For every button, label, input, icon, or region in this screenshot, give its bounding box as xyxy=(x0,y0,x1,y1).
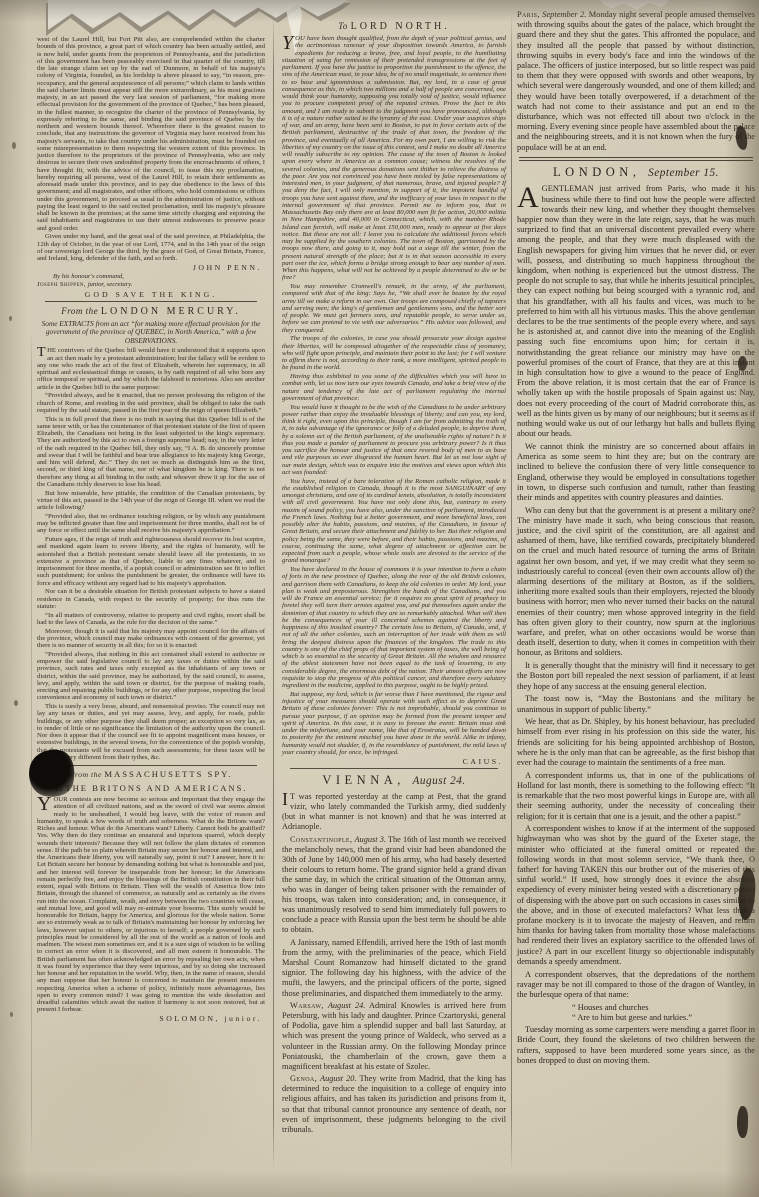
paragraph-text: The 16th of last month we received the m… xyxy=(282,835,506,935)
article-paragraph: “Provided always, that nothing in this a… xyxy=(37,651,265,702)
ink-blot xyxy=(738,356,747,371)
dateline-date: August 24. xyxy=(324,1001,365,1010)
motto-line: GOD SAVE THE KING. xyxy=(37,291,265,298)
heading-segment: From the xyxy=(61,306,101,316)
paragraph-text: A correspondent informs us, that in one … xyxy=(517,771,755,821)
paragraph-text: Some EXTRACTS from an act “for making mo… xyxy=(42,319,261,345)
article-paragraph: YOU have been thought qualified, from th… xyxy=(282,35,506,282)
article-paragraph: But how miserable, how pitiable, the con… xyxy=(37,490,265,512)
dateline: Genoa, xyxy=(290,1074,317,1083)
paragraph-text: We hear, that as Dr. Shipley, by his hon… xyxy=(517,717,755,767)
dateline: Constantinople, xyxy=(290,835,352,844)
paragraph-text: “Provided always, that nothing in this a… xyxy=(37,651,265,702)
column-middle: To LORD NORTH.YOU have been thought qual… xyxy=(282,20,506,1137)
paragraph-text: west of the Laurel Hill, but Fort Pitt a… xyxy=(37,36,265,232)
article-paragraph: AGENTLEMAN just arrived from Paris, who … xyxy=(517,184,755,439)
paragraph-text: GENTLEMAN just arrived from Paris, who m… xyxy=(517,184,755,438)
paragraph-text: HE contrivers of the Quebec bill would h… xyxy=(37,347,265,390)
article-paragraph: IT was reported yesterday at the camp at… xyxy=(282,792,506,832)
section-divider xyxy=(45,765,257,766)
paragraph-text: Moreover, though it is said that his maj… xyxy=(37,628,265,650)
article-paragraph: Future ages, if the reign of truth and r… xyxy=(37,536,265,587)
signature: JOHN PENN. xyxy=(37,264,262,271)
article-paragraph: Having thus exhibited to you some of the… xyxy=(282,373,506,402)
drop-cap: T xyxy=(37,347,47,359)
article-paragraph: Warsaw, August 24. Admiral Knowles is ar… xyxy=(282,1001,506,1072)
article-paragraph: By his honour's command, xyxy=(37,273,265,280)
article-paragraph: THE contrivers of the Quebec bill would … xyxy=(37,347,265,391)
paragraph-text: “In all matters of controversy, relative… xyxy=(37,612,265,626)
column-right: Paris, September 2. Monday night several… xyxy=(517,10,755,1068)
article-paragraph: This is surely a very loose, absurd, and… xyxy=(37,703,265,761)
paragraph-text: Given under my hand, and the great seal … xyxy=(37,233,265,262)
section-divider-double xyxy=(519,157,753,162)
paragraph-text: Admiral Knowles is arrived here from Pet… xyxy=(282,1001,506,1071)
paragraph-text: You have, instead of a bare toleration o… xyxy=(282,478,506,565)
left-margin-rule xyxy=(31,330,32,1157)
article-paragraph: “Provided always, and be it enacted, tha… xyxy=(37,392,265,414)
paragraph-text: The toast now is, “May the Bostonians an… xyxy=(517,694,755,713)
article-paragraph: You may remember Cromwell's remark, in t… xyxy=(282,283,506,334)
article-paragraph: Given under my hand, and the great seal … xyxy=(37,233,265,262)
drop-cap: Y xyxy=(37,796,53,812)
article-paragraph: Who can deny but that the government is … xyxy=(517,506,755,659)
section-heading: From the LONDON MERCURY. xyxy=(37,306,265,318)
heading-segment: LONDON, xyxy=(553,165,648,179)
article-paragraph: Joseph Shippen, junior, secretary. xyxy=(37,281,265,288)
article-paragraph: We cannot think the ministry are so conc… xyxy=(517,442,755,503)
paragraph-text: T was reported yesterday at the camp at … xyxy=(282,792,506,831)
dateline-date: August 3. xyxy=(352,835,385,844)
newspaper-page: west of the Laurel Hill, but Fort Pitt a… xyxy=(0,0,759,1197)
ink-speck xyxy=(14,700,18,706)
section-heading: To LORD NORTH. xyxy=(282,21,506,33)
article-paragraph: YOUR contests are now become so serious … xyxy=(37,796,265,1014)
paragraph-text: By his honour's command, xyxy=(53,273,124,280)
ink-speck xyxy=(9,316,12,321)
ink-blot xyxy=(737,1106,748,1138)
paragraph-text: Monday night several people amused thems… xyxy=(517,10,755,152)
paragraph-text: Having thus exhibited to you some of the… xyxy=(282,373,506,402)
section-heading: LONDON, September 15. xyxy=(517,165,755,181)
paragraph-text: OUR contests are now become so serious a… xyxy=(37,796,265,1013)
paragraph-text: You may remember Cromwell's remark, in t… xyxy=(282,283,506,334)
paragraph-text: We cannot think the ministry are so conc… xyxy=(517,442,755,502)
paragraph-text: OU have been thought qualified, from the… xyxy=(282,35,506,281)
article-paragraph: “Provided also, that no ordinance touchi… xyxy=(37,513,265,535)
heading-segment: LONDON MERCURY. xyxy=(101,306,241,317)
paragraph-text: Future ages, if the reign of truth and r… xyxy=(37,536,265,587)
article-paragraph: Genoa, August 20. They write from Madrid… xyxy=(282,1074,506,1135)
verse-line: “ Houses and churches xyxy=(572,1003,755,1013)
heading-segment: VIENNA, xyxy=(322,773,412,787)
article-paragraph: Moreover, though it is said that his maj… xyxy=(37,628,265,650)
drop-cap: A xyxy=(517,184,542,210)
verse-line: “ Are to him but geese and turkies.” xyxy=(572,1013,755,1023)
article-paragraph: The toast now is, “May the Bostonians an… xyxy=(517,694,755,714)
heading-segment: To xyxy=(338,21,350,31)
article-paragraph: A correspondent observes, that the depre… xyxy=(517,970,755,1001)
paragraph-text: “Provided also, that no ordinance touchi… xyxy=(37,513,265,535)
article-paragraph: A correspondent informs us, that in one … xyxy=(517,771,755,822)
paragraph-text: A Janissary, named Effendili, arrived he… xyxy=(282,938,506,997)
article-paragraph: Tuesday morning as some carpenters were … xyxy=(517,1025,755,1066)
dateline-date: August 20. xyxy=(317,1074,356,1083)
article-paragraph: “In all matters of controversy, relative… xyxy=(37,612,265,627)
article-paragraph: The troops of the colonies, in case you … xyxy=(282,335,506,371)
article-paragraph: Paris, September 2. Monday night several… xyxy=(517,10,755,153)
column-left: west of the Laurel Hill, but Fort Pitt a… xyxy=(37,36,265,1024)
paragraph-text: Nor can it be a desirable situation for … xyxy=(37,588,265,610)
paragraph-text: A correspondent observes, that the depre… xyxy=(517,970,755,999)
heading-segment: September 15. xyxy=(648,167,719,179)
paragraph-text: You have declared in the house of common… xyxy=(282,566,506,689)
article-paragraph: You have, instead of a bare toleration o… xyxy=(282,478,506,565)
paragraph-text: Who can deny but that the government is … xyxy=(517,506,755,658)
dateline: Paris, xyxy=(517,10,540,19)
article-paragraph: Some EXTRACTS from an act “for making mo… xyxy=(39,320,263,346)
ink-speck xyxy=(10,1012,13,1017)
signature: SOLOMON, junior. xyxy=(37,1015,262,1022)
article-paragraph: Nor can it be a desirable situation for … xyxy=(37,588,265,610)
verse-quote: “ Houses and churches“ Are to him but ge… xyxy=(517,1003,755,1023)
article-paragraph: It is generally thought that the ministr… xyxy=(517,661,755,692)
paragraph-text: A correspondent wishes to know if at the… xyxy=(517,824,755,966)
article-paragraph: A Janissary, named Effendili, arrived he… xyxy=(282,938,506,999)
article-paragraph: You would have it thought to be the wish… xyxy=(282,404,506,477)
dateline: Warsaw, xyxy=(290,1001,324,1010)
ink-speck xyxy=(12,142,16,149)
article-paragraph: We hear, that as Dr. Shipley, by his hon… xyxy=(517,717,755,768)
article-paragraph: west of the Laurel Hill, but Fort Pitt a… xyxy=(37,36,265,232)
heading-segment: LORD NORTH. xyxy=(351,21,450,32)
heading-segment: MASSACHUSETTS SPY. xyxy=(104,769,232,779)
article-paragraph: You have declared in the house of common… xyxy=(282,566,506,689)
paragraph-text: It is generally thought that the ministr… xyxy=(517,661,755,690)
drop-cap: I xyxy=(282,792,290,807)
article-paragraph: Constantinople, August 3. The 16th of la… xyxy=(282,835,506,936)
dateline-date: junior, secretary. xyxy=(86,281,133,288)
heading-segment: From the xyxy=(70,770,105,779)
paragraph-text: “Provided always, and be it enacted, tha… xyxy=(37,392,265,414)
column-divider-rule-2 xyxy=(511,14,512,1171)
column-divider-rule-1 xyxy=(273,14,274,1171)
heading-segment: August 24. xyxy=(413,775,466,787)
section-divider xyxy=(45,301,257,302)
dateline-date: September 2. xyxy=(540,10,587,19)
paragraph-text: But suppose, my lord, which is far worse… xyxy=(282,691,506,756)
paragraph-text: You would have it thought to be the wish… xyxy=(282,404,506,476)
paragraph-text: The troops of the colonies, in case you … xyxy=(282,335,506,371)
paragraph-text: Tuesday morning as some carpenters were … xyxy=(517,1025,755,1065)
article-paragraph: This is in full proof that there is no t… xyxy=(37,416,265,489)
dateline: Joseph Shippen, xyxy=(37,281,86,288)
article-paragraph: But suppose, my lord, which is far worse… xyxy=(282,691,506,756)
article-paragraph: A correspondent wishes to know if at the… xyxy=(517,824,755,967)
heading-segment: THE BRITONS AND AMERICANS. xyxy=(65,783,247,793)
section-heading: VIENNA, August 24. xyxy=(282,773,506,789)
section-divider xyxy=(290,768,498,769)
paragraph-text: This is in full proof that there is no t… xyxy=(37,416,265,488)
signature: CAIUS. xyxy=(282,758,503,765)
paragraph-text: But how miserable, how pitiable, the con… xyxy=(37,490,265,512)
paragraph-text: This is surely a very loose, absurd, and… xyxy=(37,703,265,761)
drop-cap: Y xyxy=(282,35,295,51)
